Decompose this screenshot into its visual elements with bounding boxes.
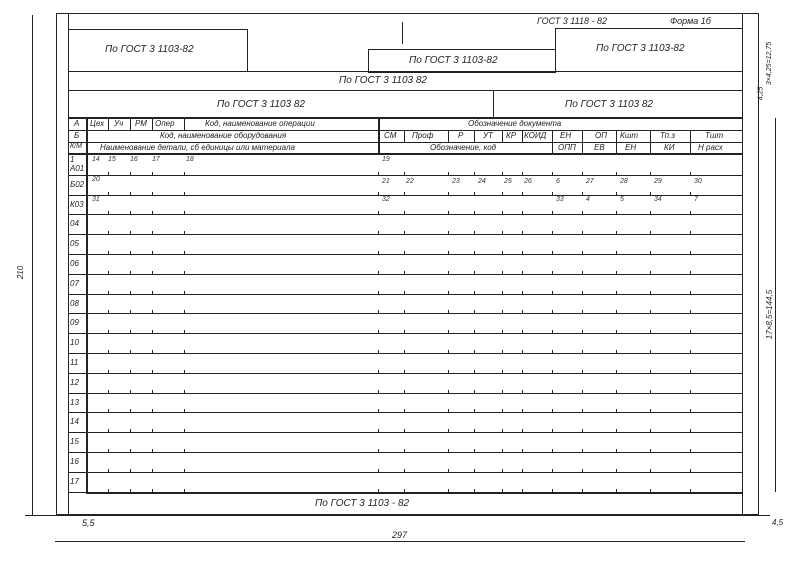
field-number: 16: [130, 156, 138, 163]
col-n-rash: Н расх: [698, 143, 723, 152]
col-ut: УТ: [483, 131, 493, 140]
col-uch: Уч: [114, 119, 123, 128]
row-prefix-km: К/М: [70, 143, 82, 150]
field-number: 20: [92, 176, 100, 183]
field-number: 4: [586, 196, 590, 203]
row-number: 16: [70, 457, 79, 466]
field-number: 31: [92, 196, 100, 203]
col-r: Р: [458, 131, 463, 140]
field-number: 7: [694, 196, 698, 203]
field-number: 23: [452, 178, 460, 185]
col-oper: Опер: [155, 119, 175, 128]
footer-gost: По ГОСТ 3 1103 - 82: [315, 498, 409, 509]
dim-width: 297: [392, 530, 407, 540]
row-number: 04: [70, 219, 79, 228]
col-ksht: Кшт: [620, 131, 638, 140]
field-number: 21: [382, 178, 390, 185]
field-number: 29: [654, 178, 662, 185]
dim-body-rows: 17×8,5=144,5: [765, 290, 774, 339]
col-koid: КОИД: [524, 131, 546, 140]
col-tsekh: Цех: [90, 119, 104, 128]
row-number: 09: [70, 318, 79, 327]
col-ev: ЕВ: [594, 143, 605, 152]
header-top-left: По ГОСТ 3 1103-82: [68, 29, 248, 72]
field-number: 14: [92, 156, 100, 163]
row-number: 1 А01: [70, 155, 84, 173]
row-number: 10: [70, 338, 79, 347]
col-op: ОП: [595, 131, 607, 140]
col-tpz: Тп.з: [660, 131, 675, 140]
row-number: 08: [70, 299, 79, 308]
header-row2: По ГОСТ 3 1103 82: [68, 71, 743, 91]
field-number: 15: [108, 156, 116, 163]
form-number: Форма 1б: [670, 16, 711, 26]
col-designation-code: Обозначение, код: [430, 143, 496, 152]
field-number: 32: [382, 196, 390, 203]
field-number: 30: [694, 178, 702, 185]
row-number: 06: [70, 259, 79, 268]
col-document: Обозначение документа: [468, 119, 561, 128]
col-rm: РМ: [135, 119, 147, 128]
row-number: 17: [70, 477, 79, 486]
field-number: 33: [556, 196, 564, 203]
row-number: 07: [70, 279, 79, 288]
col-sm: СМ: [384, 131, 396, 140]
col-en2: ЕН: [625, 143, 636, 152]
dim-right-margin: 4,5: [772, 518, 783, 527]
field-number: 18: [186, 156, 194, 163]
col-equipment: Код, наименование оборудования: [160, 131, 286, 140]
field-number: 26: [524, 178, 532, 185]
field-number: 28: [620, 178, 628, 185]
row-number: 14: [70, 417, 79, 426]
col-prof: Проф: [412, 131, 433, 140]
dim-top-small: 4,25: [757, 87, 764, 101]
row-number: 12: [70, 378, 79, 387]
field-number: 17: [152, 156, 160, 163]
field-number: 5: [620, 196, 624, 203]
header-row3: По ГОСТ 3 1103 82 По ГОСТ 3 1103 82: [68, 90, 743, 118]
dim-top-rows: 3×4,25=12,75: [766, 42, 773, 85]
field-number: 19: [382, 156, 390, 163]
row-number: 11: [70, 358, 78, 367]
row-number: 05: [70, 239, 79, 248]
row-prefix-b: Б: [74, 131, 79, 140]
col-opp: ОПП: [558, 143, 576, 152]
col-tsht: Тшт: [705, 131, 723, 140]
field-number: 34: [654, 196, 662, 203]
col-ki: КИ: [664, 143, 674, 152]
header-top-right: По ГОСТ 3 1103-82: [555, 28, 743, 72]
header-top-middle: По ГОСТ 3 1103-82: [368, 49, 556, 73]
dim-left-margin: 5,5: [82, 518, 95, 528]
col-kr: КР: [506, 131, 516, 140]
form-standard: ГОСТ 3 1118 - 82: [537, 16, 607, 26]
col-operation-name: Код, наименование операции: [205, 119, 315, 128]
field-number: 25: [504, 178, 512, 185]
row-number: 13: [70, 398, 79, 407]
field-number: 6: [556, 178, 560, 185]
row-number: Б02: [70, 180, 84, 189]
field-number: 27: [586, 178, 594, 185]
row-number: 15: [70, 437, 79, 446]
dim-height: 210: [16, 266, 25, 279]
col-part-name: Наименование детали, сб единицы или мате…: [100, 143, 295, 152]
field-number: 24: [478, 178, 486, 185]
field-number: 22: [406, 178, 414, 185]
row-prefix-a: А: [74, 119, 79, 128]
col-en: ЕН: [560, 131, 571, 140]
row-number: К03: [70, 200, 84, 209]
